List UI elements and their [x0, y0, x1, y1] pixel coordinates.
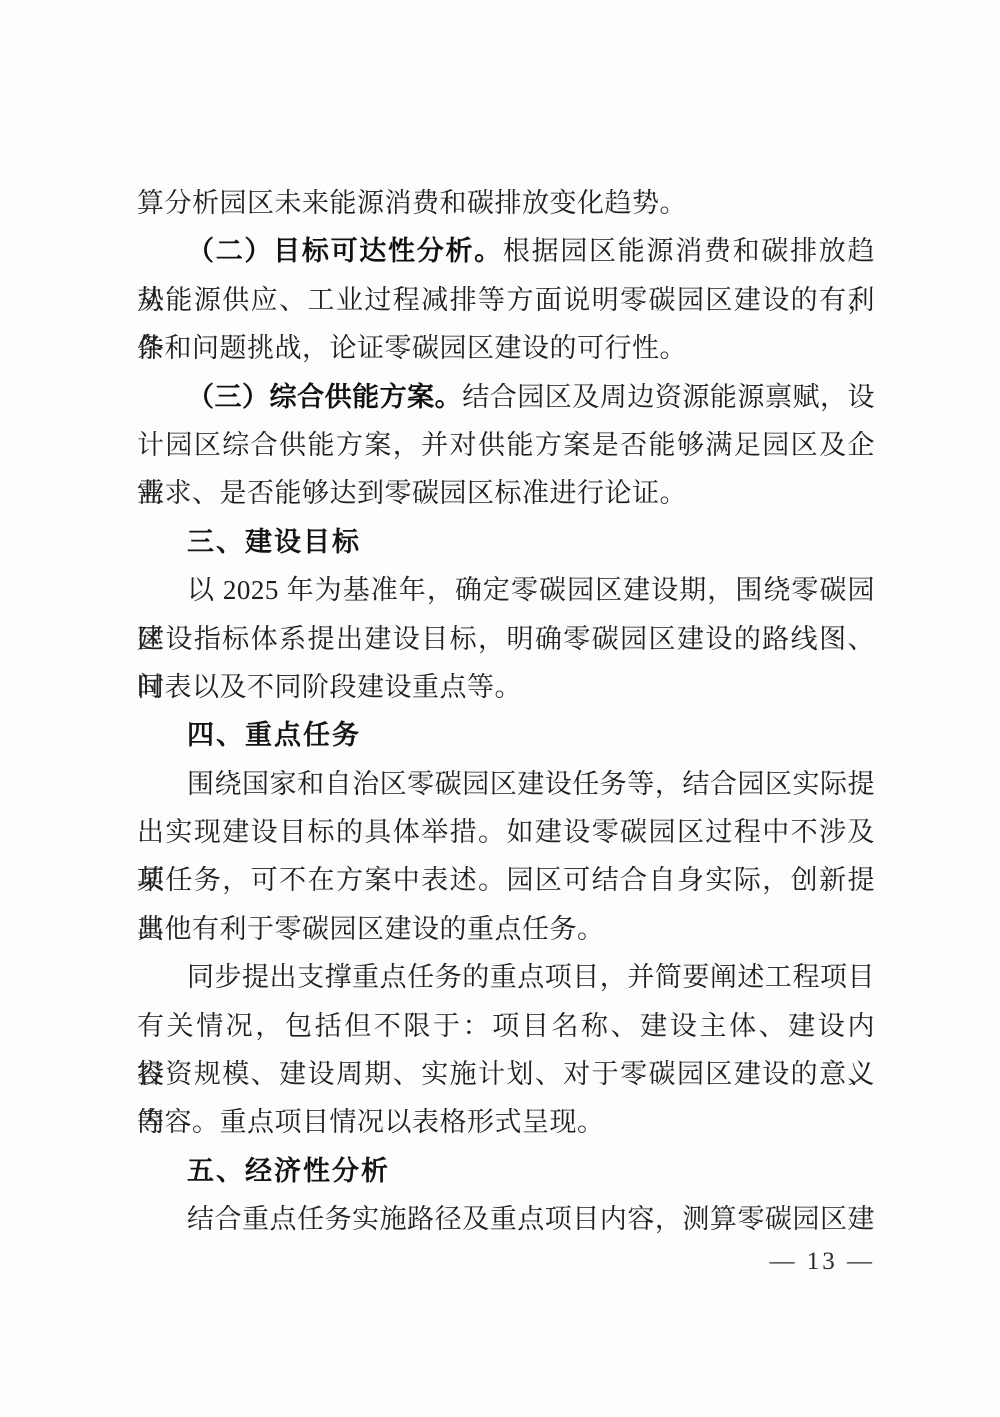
- body-line: 有关情况，包括但不限于：项目名称、建设主体、建设内容、: [137, 1002, 875, 1050]
- run-in-heading: （二）目标可达性分析。: [187, 236, 503, 266]
- body-line: 计园区综合供能方案，并对供能方案是否能够满足园区及企业: [137, 421, 875, 469]
- body-line-text: 结合园区及周边资源能源禀赋，设: [462, 382, 875, 412]
- body-line: 出实现建设目标的具体举措。如建设零碳园区过程中不涉及某: [137, 808, 875, 856]
- body-line: 内容。重点项目情况以表格形式呈现。: [137, 1098, 875, 1146]
- body-line: 需求、是否能够达到零碳园区标准进行论证。: [137, 469, 875, 517]
- paragraph-first-line: 以 2025 年为基准年，确定零碳园区建设期，围绕零碳园区: [137, 566, 875, 614]
- body-line: 投资规模、建设周期、实施计划、对于零碳园区建设的意义等: [137, 1050, 875, 1098]
- paragraph-first-line: （二）目标可达性分析。根据园区能源消费和碳排放趋势，: [137, 227, 875, 275]
- paragraph-first-line: （三）综合供能方案。结合园区及周边资源能源禀赋，设: [137, 373, 875, 421]
- document-page: 算分析园区未来能源消费和碳排放变化趋势。 （二）目标可达性分析。根据园区能源消费…: [0, 0, 1000, 1417]
- section-heading: 五、经济性分析: [137, 1147, 875, 1195]
- paragraph-first-line: 结合重点任务实施路径及重点项目内容，测算零碳园区建: [137, 1195, 875, 1243]
- page-number: — 13 —: [137, 1248, 875, 1276]
- run-in-heading: （三）综合供能方案。: [187, 382, 462, 412]
- section-heading: 三、建设目标: [137, 518, 875, 566]
- paragraph-first-line: 同步提出支撑重点任务的重点项目，并简要阐述工程项目: [137, 953, 875, 1001]
- body-line: 从能源供应、工业过程减排等方面说明零碳园区建设的有利条: [137, 276, 875, 324]
- body-line: 建设指标体系提出建设目标，明确零碳园区建设的路线图、时: [137, 615, 875, 663]
- body-line: 间表以及不同阶段建设重点等。: [137, 663, 875, 711]
- body-line: 其他有利于零碳园区建设的重点任务。: [137, 905, 875, 953]
- page-text-column: 算分析园区未来能源消费和碳排放变化趋势。 （二）目标可达性分析。根据园区能源消费…: [137, 179, 875, 1244]
- body-line: 算分析园区未来能源消费和碳排放变化趋势。: [137, 179, 875, 227]
- section-heading: 四、重点任务: [137, 711, 875, 759]
- body-line: 项任务，可不在方案中表述。园区可结合自身实际，创新提出: [137, 856, 875, 904]
- body-line: 件和问题挑战，论证零碳园区建设的可行性。: [137, 324, 875, 372]
- paragraph-first-line: 围绕国家和自治区零碳园区建设任务等，结合园区实际提: [137, 760, 875, 808]
